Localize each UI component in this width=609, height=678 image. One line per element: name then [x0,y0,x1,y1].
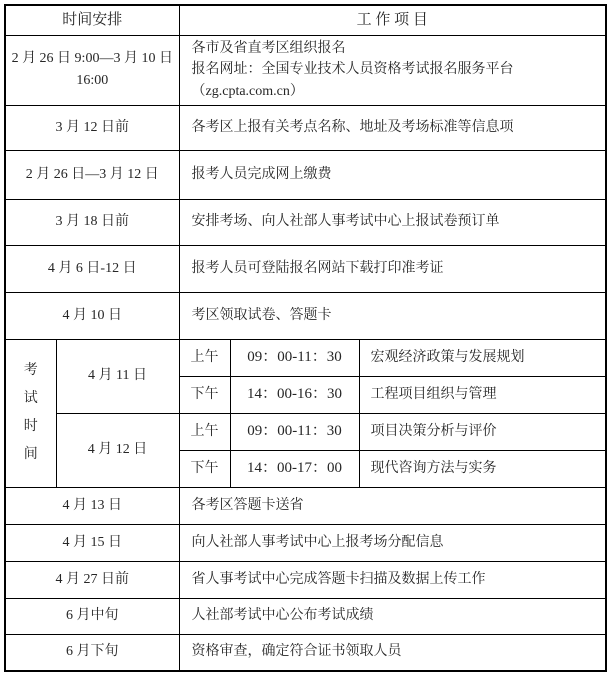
work-cell: 各考区上报有关考点名称、地址及考场标准等信息项 [179,105,606,150]
work-cell: 省人事考试中心完成答题卡扫描及数据上传工作 [179,561,606,598]
exam-session-row: 考试时间 4 月 11 日 上午 09：00-11：30 宏观经济政策与发展规划 [5,339,606,376]
table-row: 3 月 12 日前 各考区上报有关考点名称、地址及考场标准等信息项 [5,105,606,150]
time-cell: 6 月下旬 [5,634,179,671]
work-cell: 各考区答题卡送省 [179,487,606,524]
exam-subject-cell: 项目决策分析与评价 [359,413,606,450]
table-row: 6 月下旬 资格审查，确定符合证书领取人员 [5,634,606,671]
table-row: 4 月 13 日 各考区答题卡送省 [5,487,606,524]
header-time-label: 时间安排 [5,5,179,35]
exam-schedule-table: 时间安排 工 作 项 目 2 月 26 日 9:00—3 月 10 日 16:0… [4,4,607,672]
exam-time-range-cell: 09：00-11：30 [230,339,359,376]
work-cell: 人社部考试中心公布考试成绩 [179,598,606,634]
time-cell: 6 月中旬 [5,598,179,634]
table-row: 6 月中旬 人社部考试中心公布考试成绩 [5,598,606,634]
time-cell: 2 月 26 日 9:00—3 月 10 日 16:00 [5,35,179,105]
table-row: 3 月 18 日前 安排考场、向人社部人事考试中心上报试卷预订单 [5,199,606,245]
exam-subject-cell: 现代咨询方法与实务 [359,450,606,487]
table-row: 4 月 27 日前 省人事考试中心完成答题卡扫描及数据上传工作 [5,561,606,598]
time-cell: 4 月 10 日 [5,292,179,339]
exam-date-cell: 4 月 12 日 [56,413,179,487]
work-cell: 资格审查，确定符合证书领取人员 [179,634,606,671]
exam-period-cell: 下午 [179,450,230,487]
time-cell: 4 月 13 日 [5,487,179,524]
table-row: 4 月 15 日 向人社部人事考试中心上报考场分配信息 [5,524,606,561]
time-cell: 3 月 18 日前 [5,199,179,245]
exam-period-cell: 下午 [179,376,230,413]
page: 时间安排 工 作 项 目 2 月 26 日 9:00—3 月 10 日 16:0… [0,0,609,678]
exam-time-range-cell: 09：00-11：30 [230,413,359,450]
table-header-row: 时间安排 工 作 项 目 [5,5,606,35]
table-row: 2 月 26 日—3 月 12 日 报考人员完成网上缴费 [5,150,606,199]
work-cell: 安排考场、向人社部人事考试中心上报试卷预订单 [179,199,606,245]
exam-time-range-cell: 14：00-16：30 [230,376,359,413]
exam-time-range-cell: 14：00-17：00 [230,450,359,487]
time-cell: 4 月 27 日前 [5,561,179,598]
exam-time-label-cell: 考试时间 [5,339,56,487]
time-cell: 4 月 15 日 [5,524,179,561]
exam-session-row: 4 月 12 日 上午 09：00-11：30 项目决策分析与评价 [5,413,606,450]
work-cell: 向人社部人事考试中心上报考场分配信息 [179,524,606,561]
time-cell: 4 月 6 日-12 日 [5,245,179,292]
exam-subject-cell: 工程项目组织与管理 [359,376,606,413]
exam-date-cell: 4 月 11 日 [56,339,179,413]
exam-period-cell: 上午 [179,339,230,376]
time-cell: 3 月 12 日前 [5,105,179,150]
exam-time-vertical-label: 考试时间 [22,357,39,469]
time-cell: 2 月 26 日—3 月 12 日 [5,150,179,199]
header-work-label: 工 作 项 目 [179,5,606,35]
table-row: 4 月 10 日 考区领取试卷、答题卡 [5,292,606,339]
work-cell: 报考人员可登陆报名网站下载打印准考证 [179,245,606,292]
exam-period-cell: 上午 [179,413,230,450]
work-cell: 各市及省直考区组织报名 报名网址：全国专业技术人员资格考试报名服务平台（zg.c… [179,35,606,105]
table-row: 2 月 26 日 9:00—3 月 10 日 16:00 各市及省直考区组织报名… [5,35,606,105]
exam-subject-cell: 宏观经济政策与发展规划 [359,339,606,376]
table-row: 4 月 6 日-12 日 报考人员可登陆报名网站下载打印准考证 [5,245,606,292]
work-cell: 考区领取试卷、答题卡 [179,292,606,339]
work-cell: 报考人员完成网上缴费 [179,150,606,199]
